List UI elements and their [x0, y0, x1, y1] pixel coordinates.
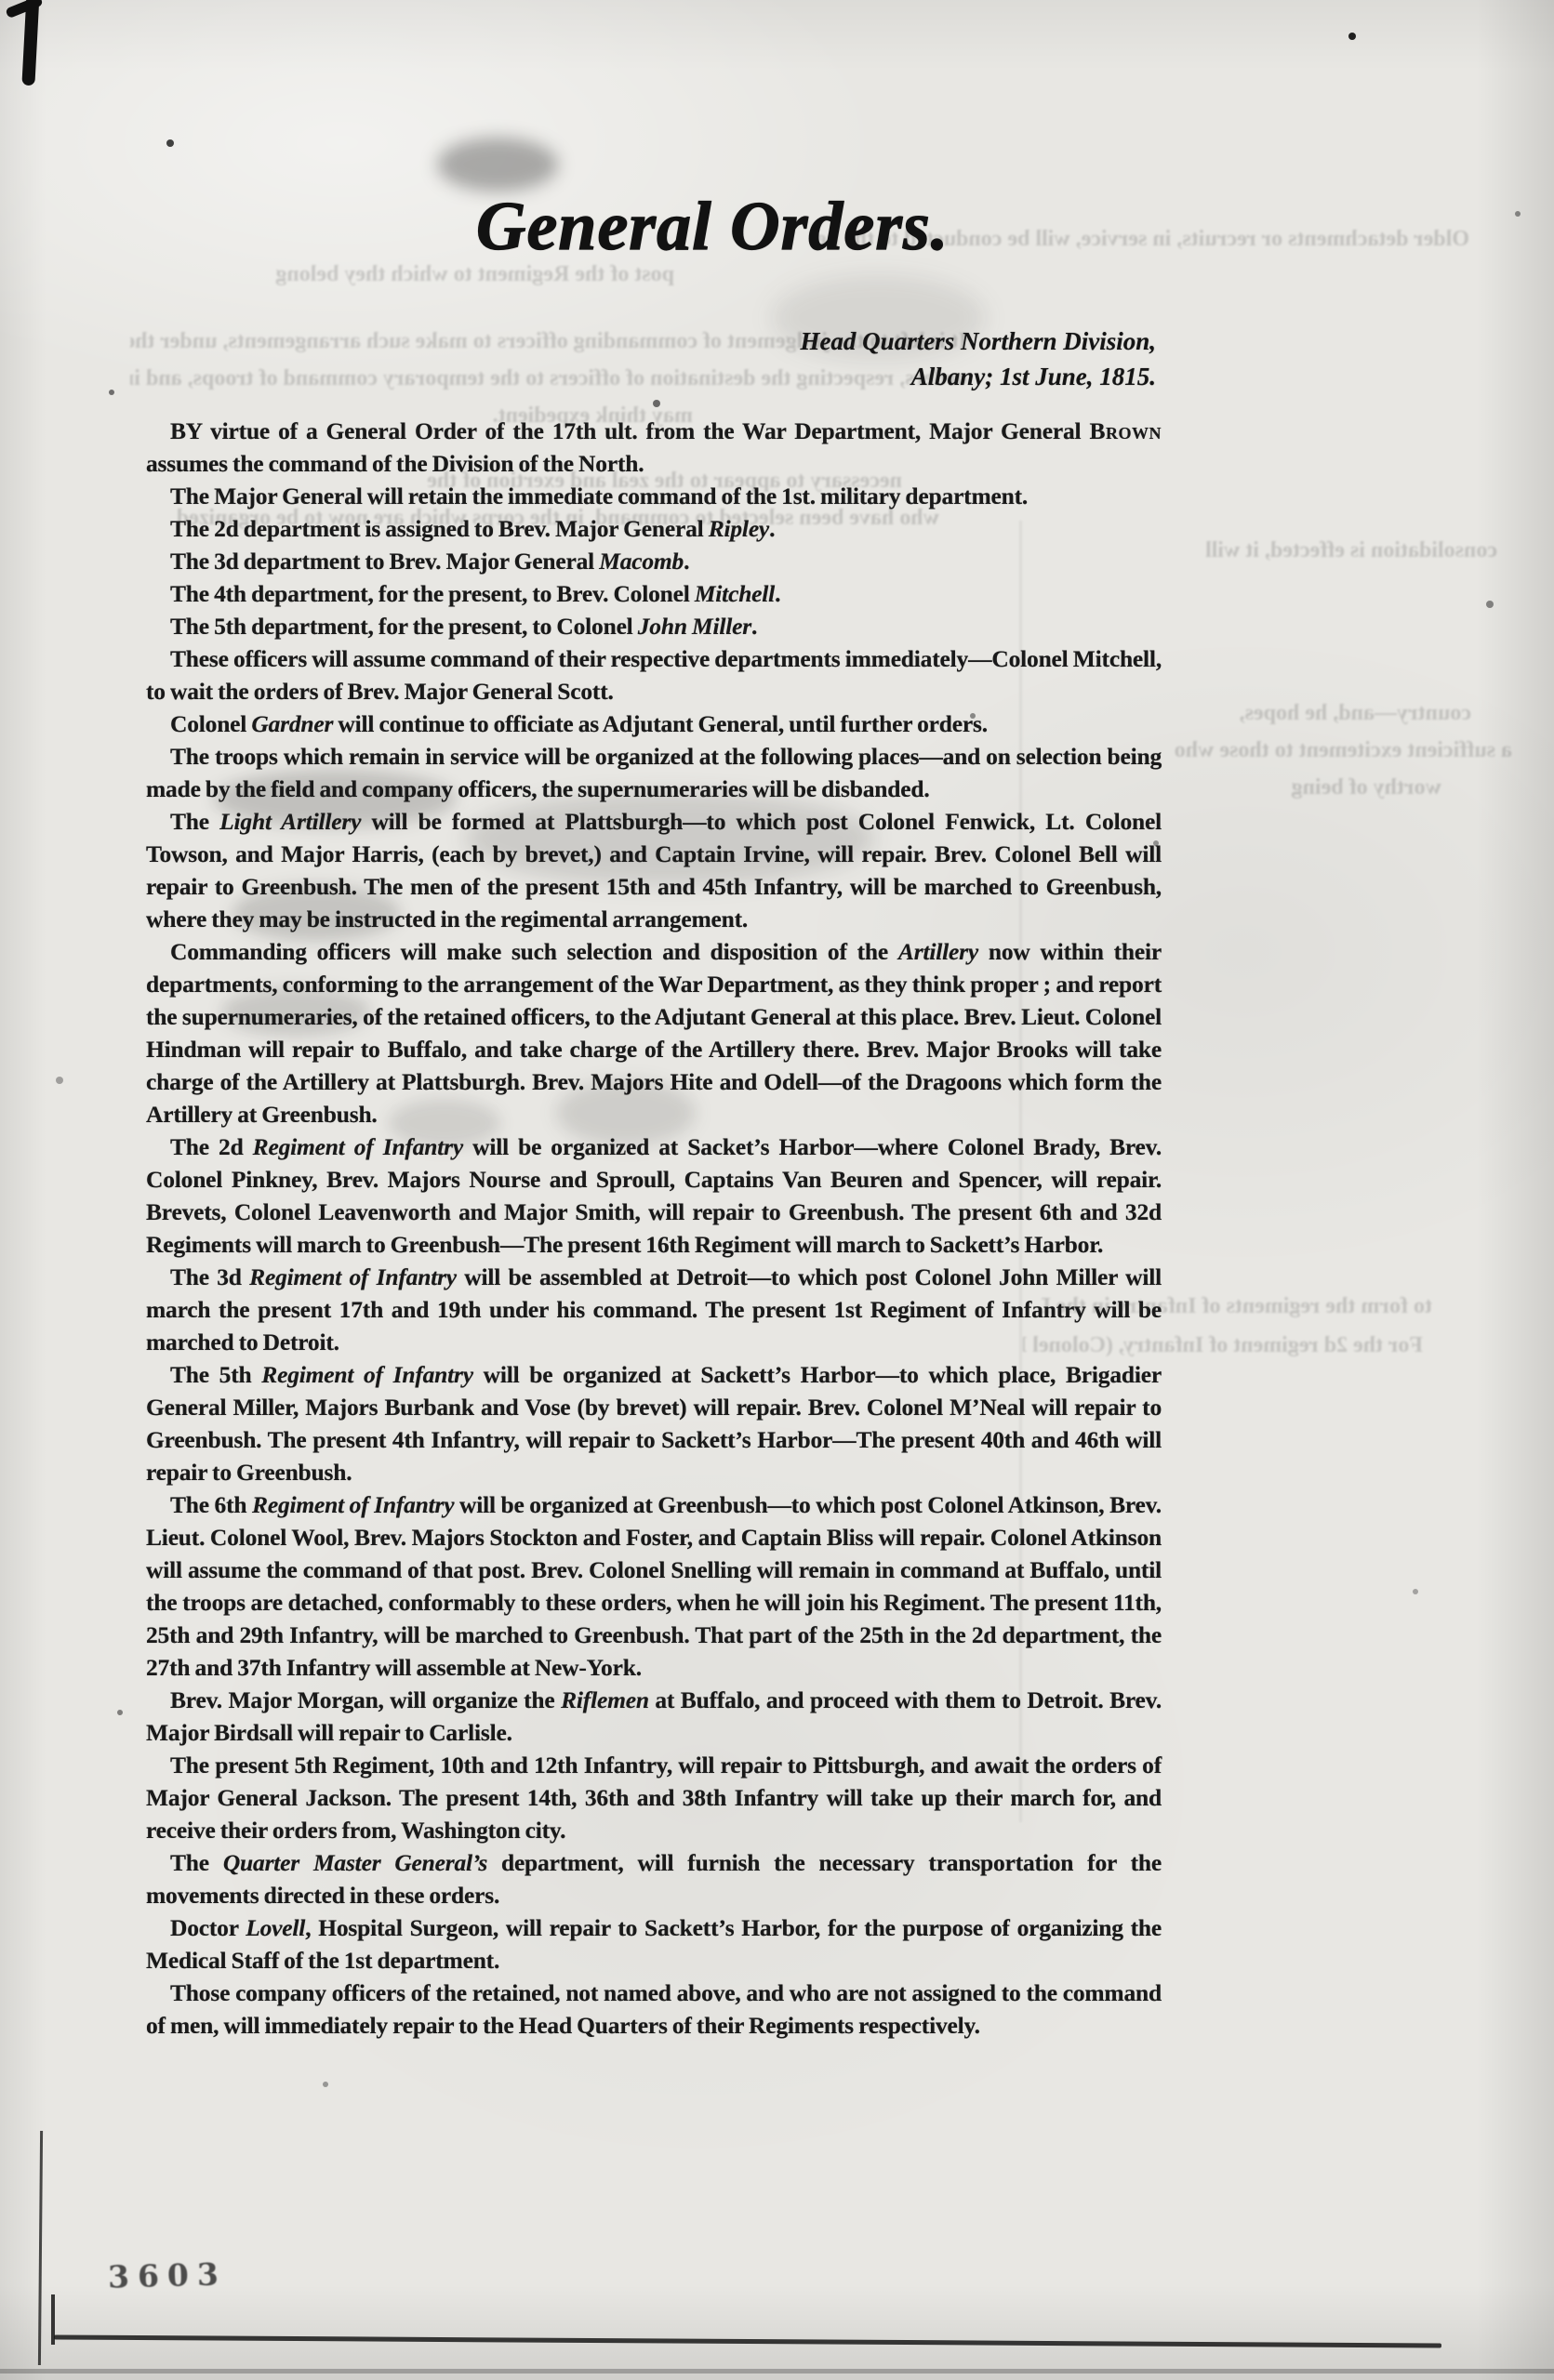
order-paragraph: Those company officers of the retained, …	[146, 1977, 1162, 2042]
order-paragraph: Commanding officers will make such selec…	[146, 935, 1162, 1130]
order-paragraph: Brev. Major Morgan, will organize the Ri…	[146, 1684, 1162, 1749]
bleedthrough-text: worthy of being	[1162, 772, 1441, 803]
order-paragraph: The present 5th Regiment, 10th and 12th …	[146, 1749, 1162, 1846]
top-left-ink-mark	[21, 0, 39, 86]
order-paragraph: The Major General will retain the immedi…	[146, 480, 1162, 512]
ink-smudge	[437, 138, 558, 192]
order-paragraph: The troops which remain in service will …	[146, 740, 1162, 805]
bleedthrough-text: country—and, he hopes,	[1164, 697, 1471, 729]
dateline: Head Quarters Northern Division, Albany;…	[784, 324, 1156, 394]
order-paragraph: BY virtue of a General Order of the 17th…	[146, 415, 1162, 480]
order-paragraph: Colonel Gardner will continue to officia…	[146, 707, 1162, 740]
order-paragraph: These officers will assume command of th…	[146, 642, 1162, 707]
order-paragraph: The 4th department, for the present, to …	[146, 577, 1162, 610]
ink-specks	[0, 0, 4, 4]
orders-text: BY virtue of a General Order of the 17th…	[146, 415, 1162, 2042]
document-title: General Orders.	[476, 190, 949, 265]
order-paragraph: The 3d department to Brev. Major General…	[146, 545, 1162, 577]
dateline-date: Albany; 1st June, 1815.	[784, 359, 1156, 394]
bottom-edge-shadow	[0, 2369, 1554, 2373]
bleedthrough-text: a sufficient excitement to those who	[1159, 734, 1512, 766]
scanned-broadside-page: Older detachments or recruits, in servic…	[0, 0, 1554, 2380]
order-paragraph: Doctor Lovell, Hospital Surgeon, will re…	[146, 1911, 1162, 1977]
bottom-edge-line	[54, 2334, 1441, 2347]
order-paragraph: The 2d Regiment of Infantry will be orga…	[146, 1130, 1162, 1261]
order-paragraph: The 5th department, for the present, to …	[146, 610, 1162, 642]
order-paragraph: The 5th Regiment of Infantry will be org…	[146, 1358, 1162, 1488]
order-paragraph: The 6th Regiment of Infantry will be org…	[146, 1488, 1162, 1684]
order-paragraph: The Quarter Master General’s department,…	[146, 1846, 1162, 1911]
dateline-place: Head Quarters Northern Division,	[784, 324, 1156, 359]
order-paragraph: The 2d department is assigned to Brev. M…	[146, 512, 1162, 545]
left-edge-line	[38, 2131, 43, 2365]
order-paragraph: The Light Artillery will be formed at Pl…	[146, 805, 1162, 935]
bleedthrough-text: consolidation is effected, it will	[1162, 535, 1497, 566]
catalog-stamp-number: 3603	[108, 2255, 228, 2294]
order-paragraph: The 3d Regiment of Infantry will be asse…	[146, 1261, 1162, 1358]
